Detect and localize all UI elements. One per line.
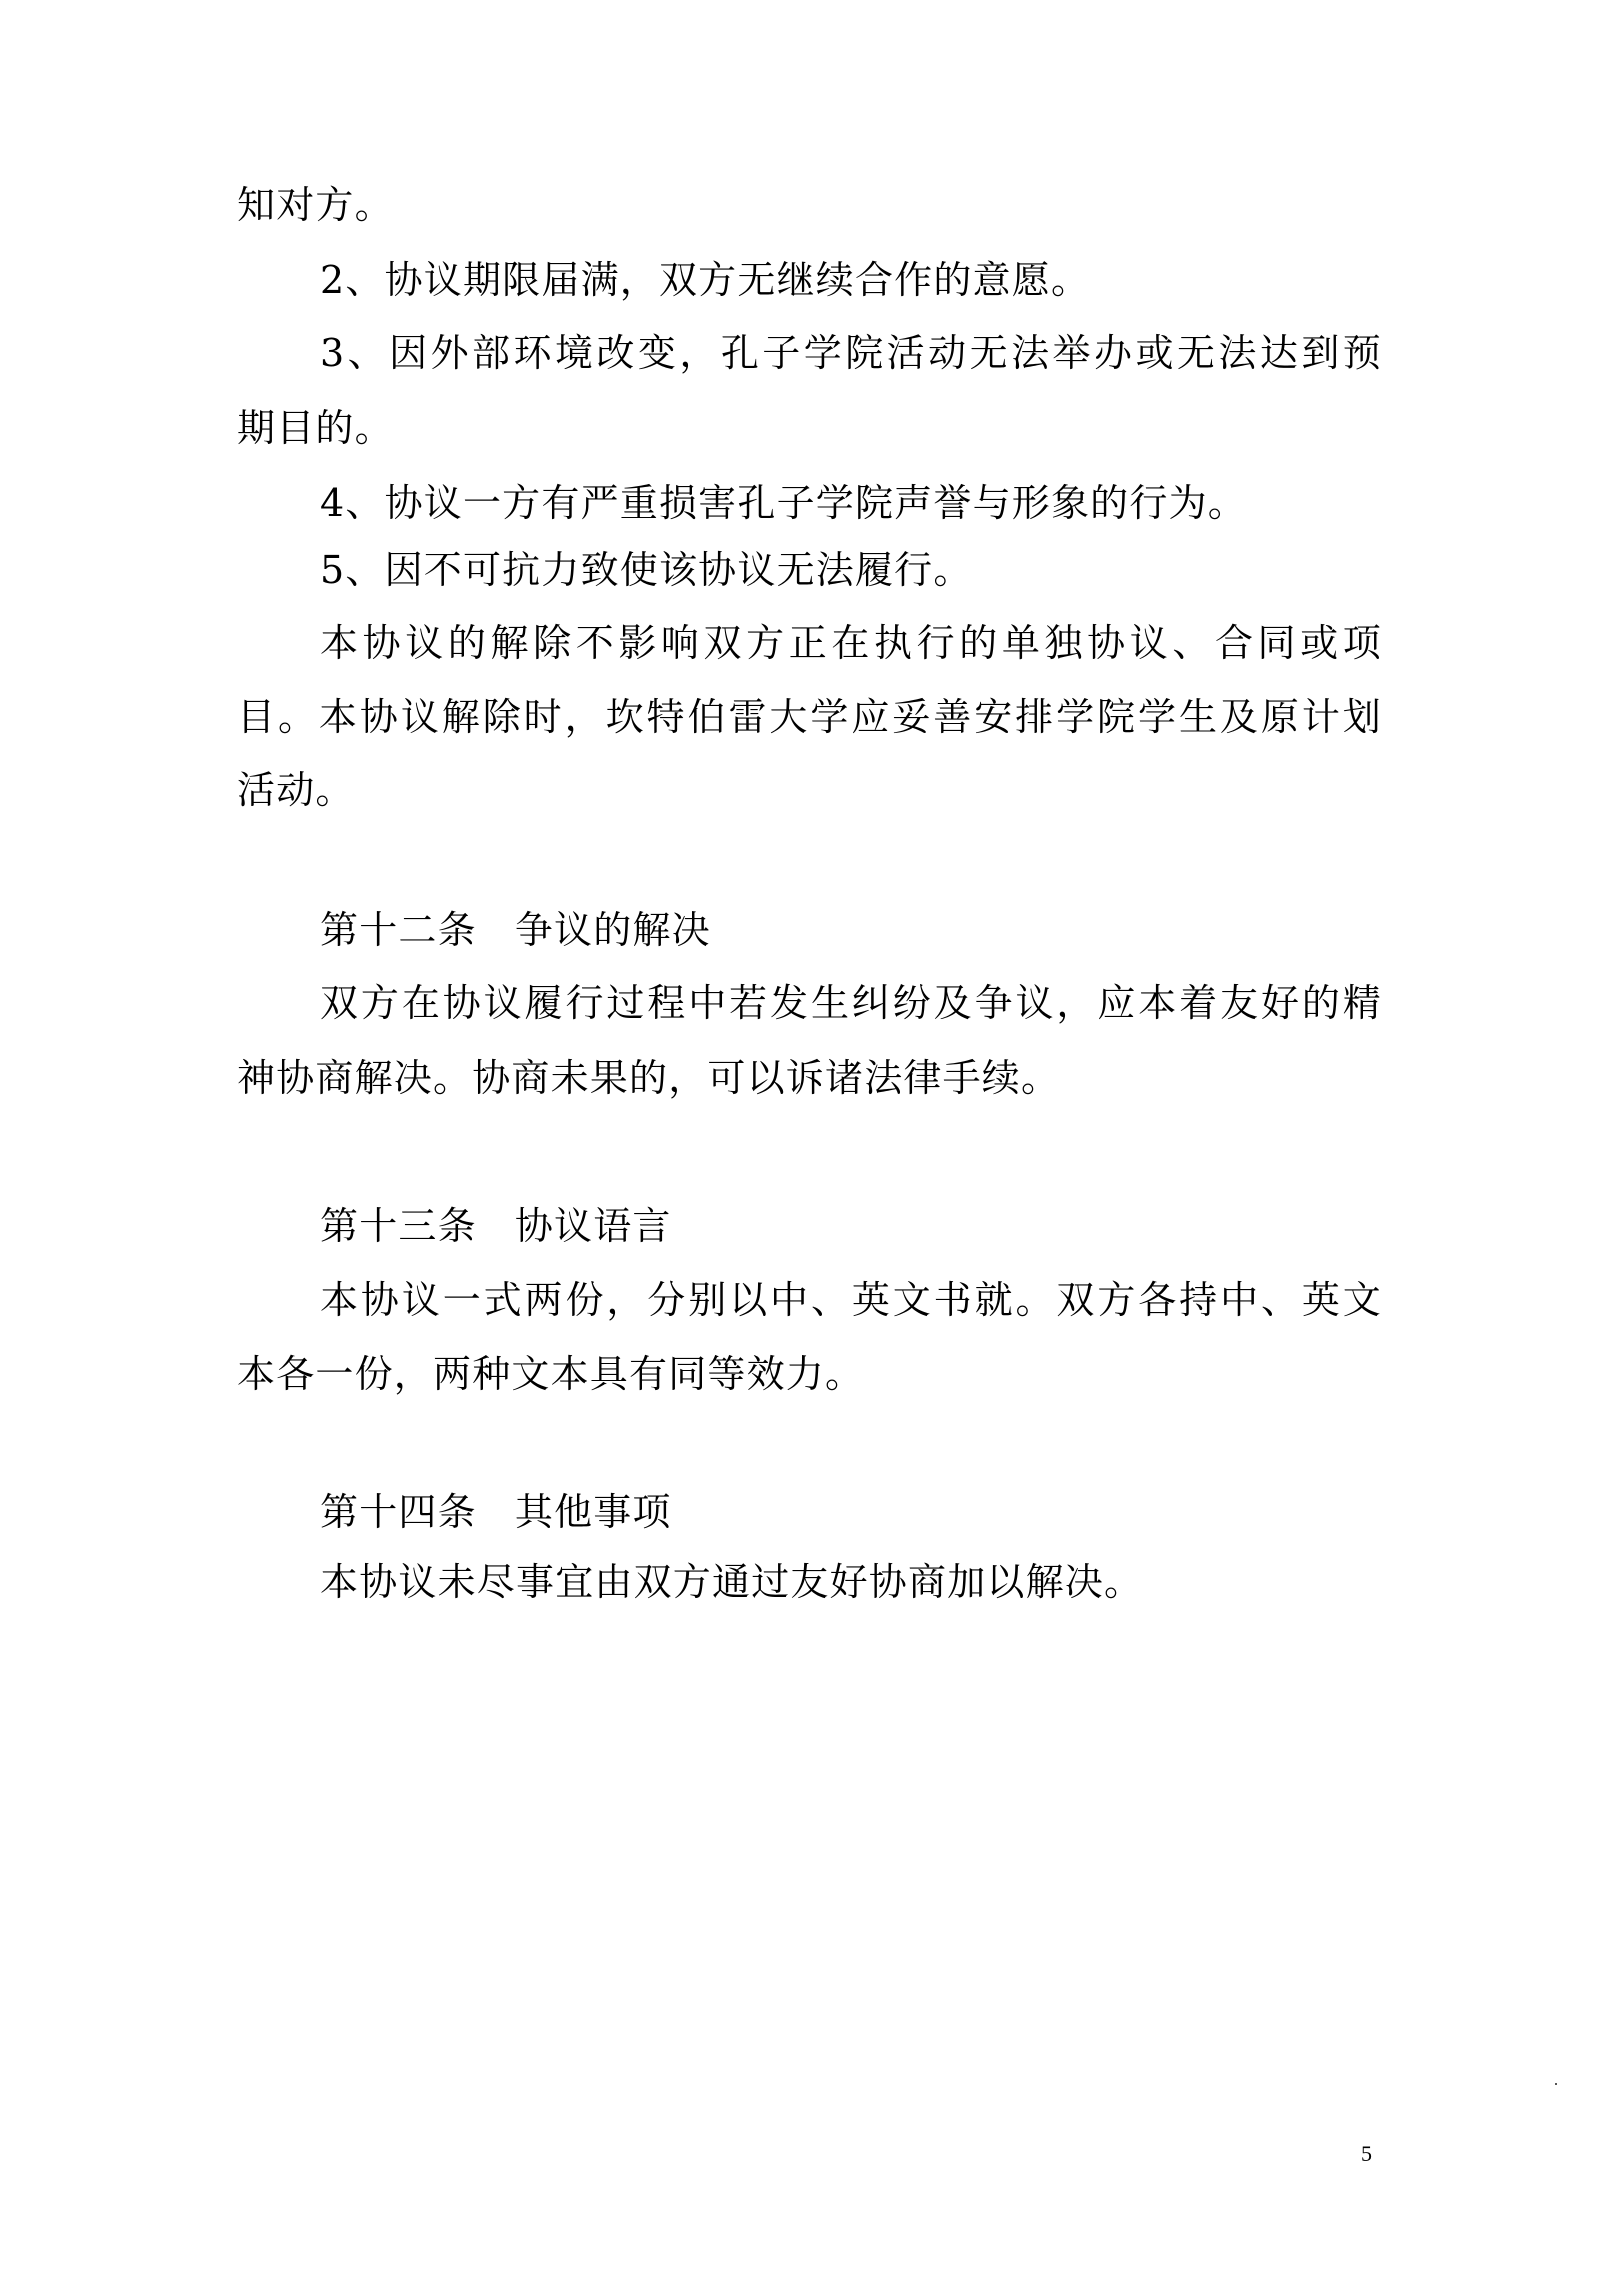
scan-speck [1555,2083,1557,2085]
list-item-4: 4、协议一方有严重损害孔子学院声誉与形象的行为。 [320,475,1382,531]
article-number: 第十四条 [320,1490,477,1534]
article-14-heading: 第十四条其他事项 [320,1484,1382,1540]
article-title: 协议语言 [515,1204,672,1248]
document-page: 知对方。 2、协议期限届满，双方无继续合作的意愿。 3、因外部环境改变，孔子学院… [0,0,1600,2280]
paragraph-line: 知对方。 [237,177,1382,233]
article-13-body-continued: 本各一份，两种文本具有同等效力。 [237,1346,1382,1402]
list-item-3: 3、因外部环境改变，孔子学院活动无法举办或无法达到预 [320,325,1382,381]
list-item-5: 5、因不可抗力致使该协议无法履行。 [320,542,1382,598]
list-item-3-continued: 期目的。 [237,400,1382,456]
termination-paragraph-end: 活动。 [237,762,1382,818]
article-12-body: 双方在协议履行过程中若发生纠纷及争议，应本着友好的精 [320,975,1382,1031]
article-title: 争议的解决 [515,908,711,952]
article-12-heading: 第十二条争议的解决 [320,902,1382,958]
article-title: 其他事项 [515,1490,672,1534]
termination-paragraph-continued: 目。本协议解除时，坎特伯雷大学应妥善安排学院学生及原计划 [237,689,1382,745]
page-number: 5 [1361,2140,1372,2168]
termination-paragraph: 本协议的解除不影响双方正在执行的单独协议、合同或项 [320,615,1382,671]
list-item-2: 2、协议期限届满，双方无继续合作的意愿。 [320,252,1382,308]
article-12-body-continued: 神协商解决。协商未果的，可以诉诸法律手续。 [237,1050,1382,1106]
article-14-body: 本协议未尽事宜由双方通过友好协商加以解决。 [320,1554,1382,1610]
article-13-body: 本协议一式两份，分别以中、英文书就。双方各持中、英文 [320,1272,1382,1328]
article-13-heading: 第十三条协议语言 [320,1198,1382,1254]
article-number: 第十三条 [320,1204,477,1248]
article-number: 第十二条 [320,908,477,952]
